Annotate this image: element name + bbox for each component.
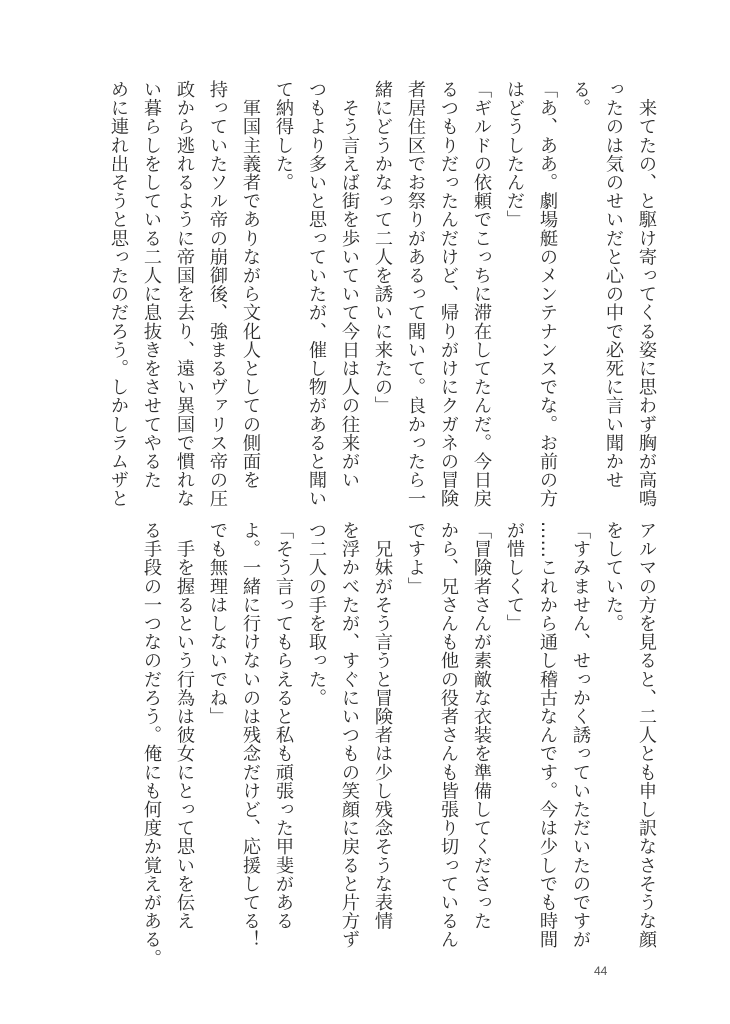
- text-column: が惜しくて」: [498, 521, 531, 961]
- text-column: ったのは気のせいだと心の中で必死に言い聞かせ: [597, 80, 630, 500]
- text-column: 者居住区でお祭りがあるって聞いて。良かったら一: [399, 80, 432, 500]
- text-column: 緒にどうかなって二人を誘いに来たの」: [366, 80, 399, 500]
- page-number: 44: [594, 964, 607, 978]
- text-column: 「あ、ああ。劇場艇のメンテナンスでな。お前の方: [531, 80, 564, 500]
- text-column: 持っていたソル帝の崩御後、強まるヴァリス帝の圧: [201, 80, 234, 500]
- text-column: アルマの方を見ると、二人とも申し訳なさそうな顔: [630, 521, 663, 961]
- text-column: 「すみません、せっかく誘っていただいたのですが: [564, 521, 597, 961]
- text-column: 手を握るという行為は彼女にとって思いを伝え: [168, 521, 201, 961]
- text-column: る手段の一つなのだろう。俺にも何度か覚えがある。: [135, 521, 168, 961]
- text-column: 「ギルドの依頼でこっちに滞在してたんだ。今日戻: [465, 80, 498, 500]
- text-column: る。: [564, 80, 597, 500]
- text-column: 政から逃れるように帝国を去り、遠い異国で慣れな: [168, 80, 201, 500]
- text-column: つもより多いと思っていたが、催し物があると聞い: [300, 80, 333, 500]
- text-column: はどうしたんだ」: [498, 80, 531, 500]
- text-column: よ。一緒に行けないのは残念だけど、応援してる！: [234, 521, 267, 961]
- text-column: ……これから通し稽古なんです。今は少しでも時間: [531, 521, 564, 961]
- text-column: い暮らしをしている二人に息抜きをさせてやるた: [135, 80, 168, 500]
- text-column: 兄妹がそう言うと冒険者は少し残念そうな表情: [366, 521, 399, 961]
- text-column: 軍国主義者でありながら文化人としての側面を: [234, 80, 267, 500]
- text-column: つ二人の手を取った。: [300, 521, 333, 961]
- text-column: て納得した。: [267, 80, 300, 500]
- text-column: をしていた。: [597, 521, 630, 961]
- text-column: を浮かべたが、すぐにいつもの笑顔に戻ると片方ず: [333, 521, 366, 961]
- text-column: そう言えば街を歩いていて今日は人の往来がい: [333, 80, 366, 500]
- text-column: 「そう言ってもらえると私も頑張った甲斐がある: [267, 521, 300, 961]
- text-column: から、兄さんも他の役者さんも皆張り切っているん: [432, 521, 465, 961]
- upper-text-block: 来てたの、と駆け寄ってくる姿に思わず胸が高鳴 ったのは気のせいだと心の中で必死に…: [102, 80, 663, 500]
- text-column: 「冒険者さんが素敵な衣装を準備してくださった: [465, 521, 498, 961]
- book-page: 来てたの、と駆け寄ってくる姿に思わず胸が高鳴 ったのは気のせいだと心の中で必死に…: [0, 0, 730, 1024]
- text-column: るつもりだったんだけど、帰りがけにクガネの冒険: [432, 80, 465, 500]
- text-column: ですよ」: [399, 521, 432, 961]
- text-column: 来てたの、と駆け寄ってくる姿に思わず胸が高鳴: [630, 80, 663, 500]
- lower-text-block: アルマの方を見ると、二人とも申し訳なさそうな顔 をしていた。 「すみません、せっ…: [135, 521, 663, 961]
- text-column: でも無理はしないでね」: [201, 521, 234, 961]
- text-column: めに連れ出そうと思ったのだろう。しかしラムザと: [102, 80, 135, 500]
